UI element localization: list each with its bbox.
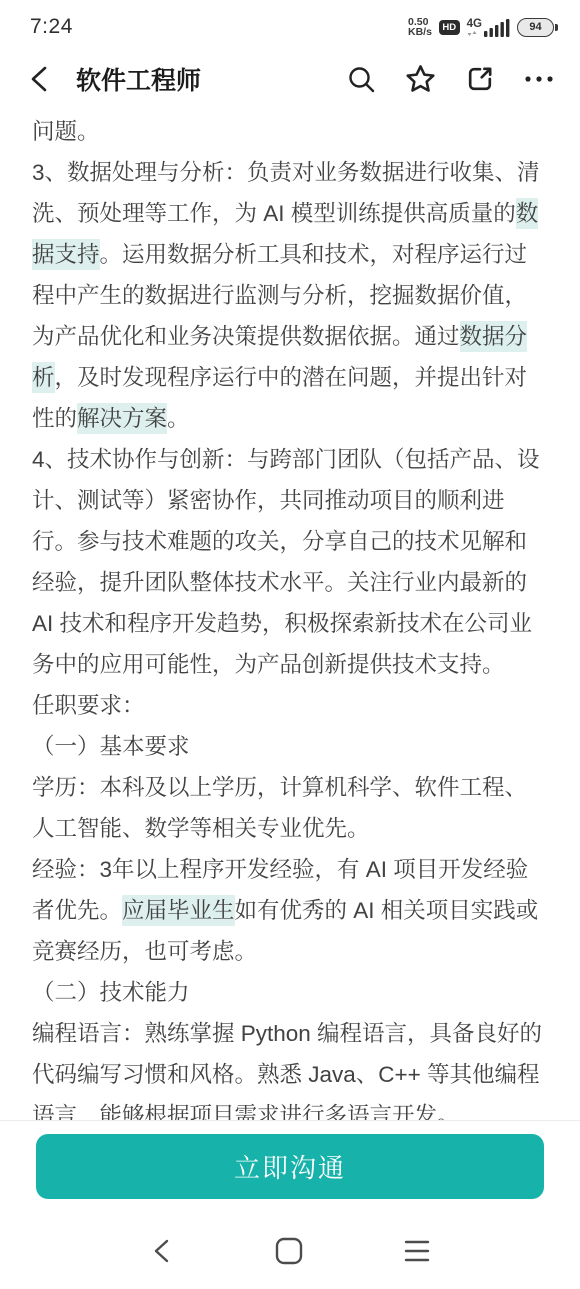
network-type-label: 4G — [467, 19, 482, 30]
description-paragraph: 问题。 — [32, 111, 548, 152]
job-description[interactable]: 问题。3、数据处理与分析：负责对业务数据进行收集、清洗、预处理等工作，为 AI … — [0, 110, 580, 1120]
data-activity-arrows-icon — [467, 30, 477, 37]
header-actions — [347, 64, 554, 94]
description-text: 问题。 — [32, 119, 100, 144]
description-text: 4、技术协作与创新：与跨部门团队（包括产品、设计、测试等）紧密协作，共同推动项目… — [32, 447, 540, 677]
description-text: 任职要求： — [32, 693, 145, 718]
network-speed-unit: KB/s — [408, 27, 432, 37]
status-bar: 7:24 0.50 KB/s HD 4G — [0, 0, 580, 48]
description-text: 编程语言：熟练掌握 Python 编程语言，具备良好的代码编写习惯和风格。熟悉 … — [32, 1021, 542, 1120]
job-detail-screen: 7:24 0.50 KB/s HD 4G — [0, 0, 580, 1289]
description-paragraph: 编程语言：熟练掌握 Python 编程语言，具备良好的代码编写习惯和风格。熟悉 … — [32, 1013, 548, 1120]
description-paragraph: 学历：本科及以上学历，计算机科学、软件工程、人工智能、数学等相关专业优先。 — [32, 767, 548, 849]
description-paragraph: 3、数据处理与分析：负责对业务数据进行收集、清洗、预处理等工作，为 AI 模型训… — [32, 152, 548, 439]
nav-home-button[interactable] — [272, 1234, 306, 1268]
star-icon — [405, 64, 436, 94]
more-button[interactable] — [524, 75, 554, 83]
description-paragraph: 经验：3年以上程序开发经验，有 AI 项目开发经验者优先。应届毕业生如有优秀的 … — [32, 849, 548, 972]
status-indicators: 0.50 KB/s HD 4G — [408, 17, 554, 37]
highlighted-keyword: 应届毕业生 — [122, 895, 235, 926]
description-text: 3、数据处理与分析：负责对业务数据进行收集、清洗、预处理等工作，为 AI 模型训… — [32, 160, 540, 226]
share-button[interactable] — [465, 64, 495, 94]
description-text: （二）技术能力 — [32, 980, 190, 1005]
favorite-button[interactable] — [405, 64, 436, 94]
description-paragraph: 任职要求： — [32, 685, 548, 726]
search-button[interactable] — [347, 65, 376, 94]
back-button[interactable] — [26, 64, 54, 94]
network-speed: 0.50 KB/s — [408, 17, 432, 37]
nav-back-button[interactable] — [147, 1235, 177, 1267]
description-paragraph: 4、技术协作与创新：与跨部门团队（包括产品、设计、测试等）紧密协作，共同推动项目… — [32, 439, 548, 685]
description-text: 。运用数据分析工具和技术，对程序运行过程中产生的数据进行监测与分析，挖掘数据价值… — [32, 242, 527, 349]
nav-menu-icon — [401, 1238, 433, 1264]
battery-nub — [555, 24, 558, 31]
description-text: 。 — [167, 406, 190, 431]
back-chevron-icon — [26, 64, 54, 94]
battery-percent: 94 — [529, 21, 541, 33]
page-title: 软件工程师 — [76, 61, 347, 97]
title-bar: 软件工程师 — [0, 48, 580, 110]
nav-home-icon — [272, 1234, 306, 1268]
cellular-signal-icon: 4G — [467, 18, 510, 37]
description-text: （一）基本要求 — [32, 734, 190, 759]
more-dots-icon — [524, 75, 554, 83]
battery-icon: 94 — [517, 18, 554, 37]
bottom-action-bar: 立即沟通 — [0, 1120, 580, 1212]
description-text: 学历：本科及以上学历，计算机科学、软件工程、人工智能、数学等相关专业优先。 — [32, 775, 527, 841]
highlighted-keyword: 解决方案 — [77, 403, 167, 434]
hd-volte-icon: HD — [439, 20, 460, 35]
share-icon — [465, 64, 495, 94]
search-icon — [347, 65, 376, 94]
status-time: 7:24 — [30, 15, 73, 39]
chat-now-button[interactable]: 立即沟通 — [36, 1134, 544, 1199]
nav-menu-button[interactable] — [401, 1238, 433, 1264]
description-paragraph: （一）基本要求 — [32, 726, 548, 767]
signal-bars-icon — [484, 18, 510, 37]
nav-back-icon — [147, 1235, 177, 1267]
description-paragraph: （二）技术能力 — [32, 972, 548, 1013]
android-nav-bar — [0, 1212, 580, 1289]
